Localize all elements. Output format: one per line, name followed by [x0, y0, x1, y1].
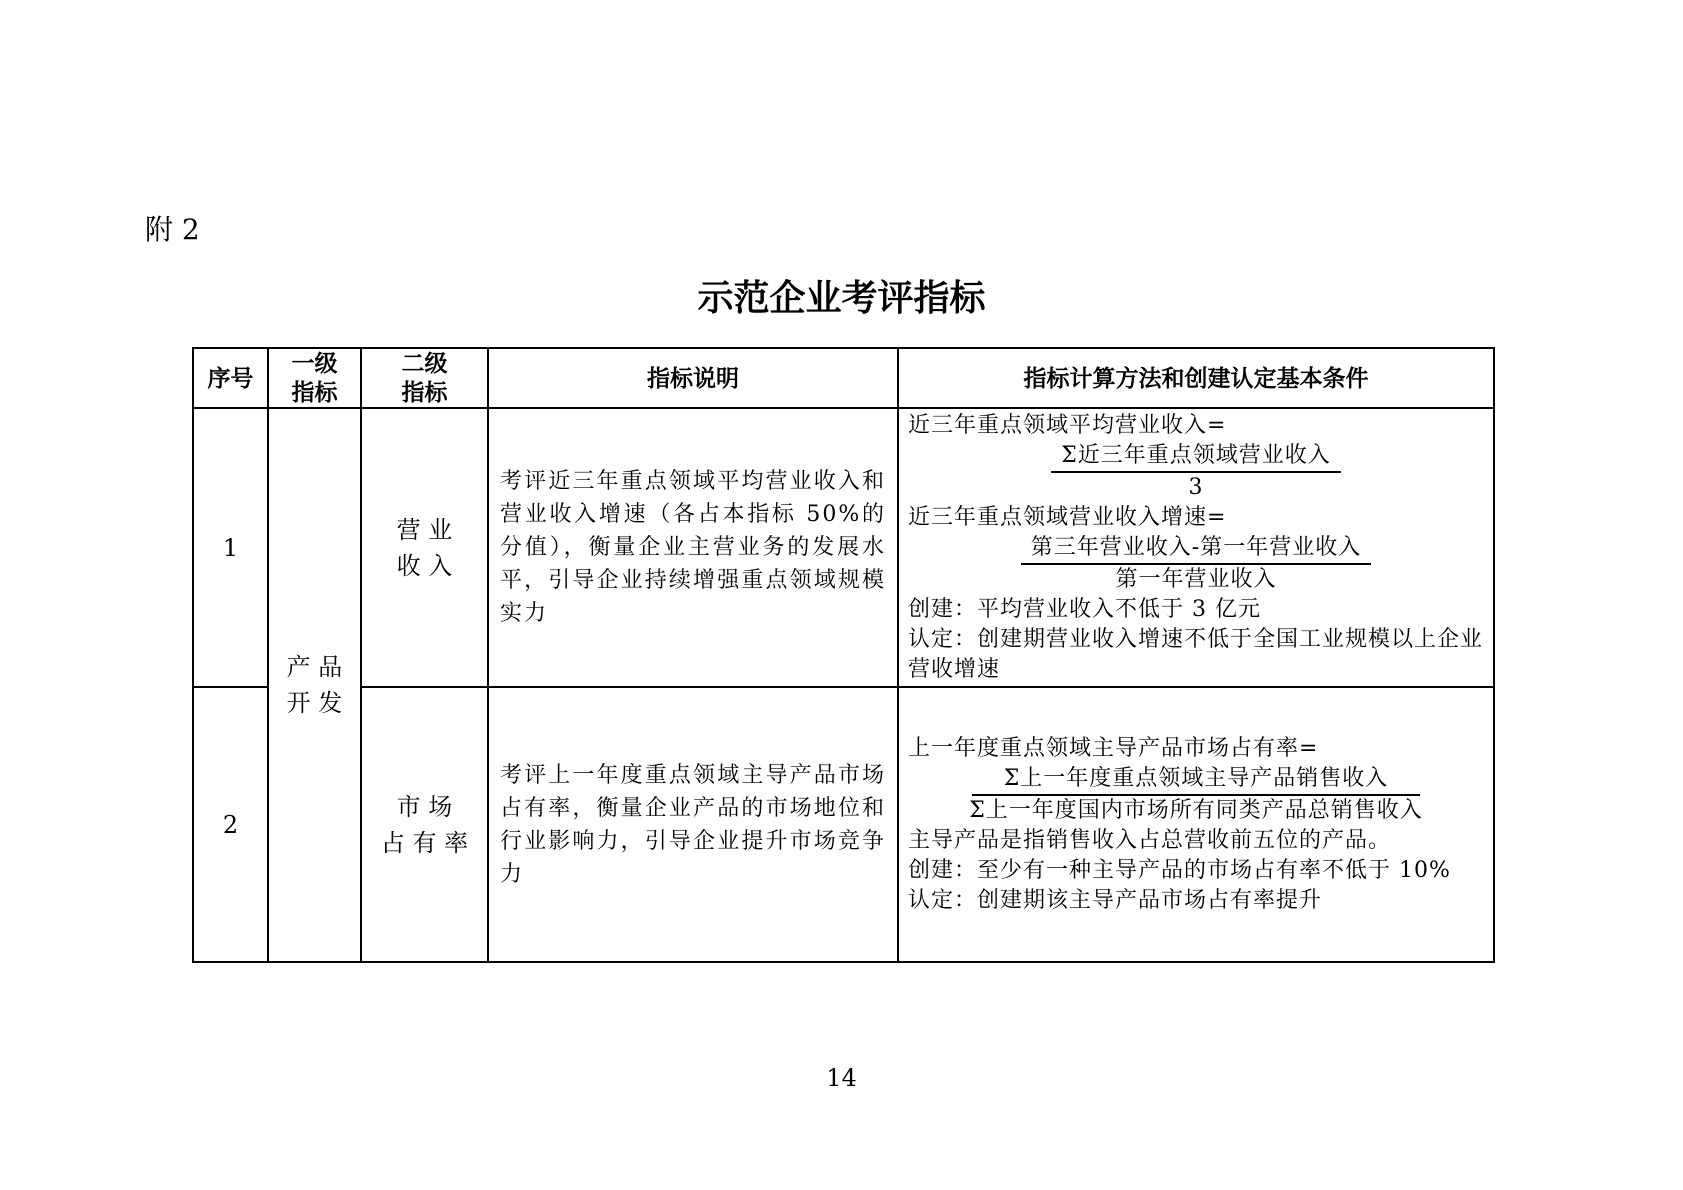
- level2-line1: 营 业: [362, 512, 487, 548]
- level2-line2: 收 入: [362, 548, 487, 584]
- method-cell-1: 近三年重点领域平均营业收入= Σ近三年重点领域营业收入 3 近三年重点领域营业收…: [898, 408, 1494, 687]
- header-level1-line2: 指标: [269, 378, 360, 407]
- method-cell-2: 上一年度重点领域主导产品市场占有率= Σ上一年度重点领域主导产品销售收入 Σ上一…: [898, 687, 1494, 962]
- header-level1: 一级 指标: [268, 348, 361, 408]
- method-create-condition: 创建：至少有一种主导产品的市场占有率不低于 10%: [908, 856, 1484, 886]
- method-create-condition: 创建：平均营业收入不低于 3 亿元: [908, 595, 1484, 625]
- level2-cell-market-share: 市 场 占 有 率: [361, 687, 488, 962]
- formula-denominator: 第一年营业收入: [908, 565, 1484, 595]
- eval-table: 序号 一级 指标 二级 指标 指标说明 指标计算方法和创建认定基本条件 1 产 …: [192, 347, 1495, 963]
- method-note: 主导产品是指销售收入占总营收前五位的产品。: [908, 826, 1484, 856]
- level2-line2: 占 有 率: [362, 825, 487, 861]
- formula-denominator: 3: [908, 473, 1484, 503]
- header-method: 指标计算方法和创建认定基本条件: [898, 348, 1494, 408]
- level1-cell-product-development: 产 品 开 发: [268, 408, 361, 962]
- serial-cell-2: 2: [193, 687, 268, 962]
- table-header-row: 序号 一级 指标 二级 指标 指标说明 指标计算方法和创建认定基本条件: [193, 348, 1494, 408]
- table-row-2: 2 市 场 占 有 率 考评上一年度重点领域主导产品市场占有率，衡量企业产品的市…: [193, 687, 1494, 962]
- header-serial: 序号: [193, 348, 268, 408]
- description-cell-2: 考评上一年度重点领域主导产品市场占有率，衡量企业产品的市场地位和行业影响力，引导…: [488, 687, 898, 962]
- page-title: 示范企业考评指标: [0, 274, 1683, 322]
- header-level2: 二级 指标: [361, 348, 488, 408]
- header-description: 指标说明: [488, 348, 898, 408]
- header-level2-line1: 二级: [362, 349, 487, 378]
- formula-numerator: Σ上一年度重点领域主导产品销售收入: [972, 764, 1421, 796]
- annex-label: 附 2: [145, 212, 200, 248]
- description-cell-1: 考评近三年重点领域平均营业收入和营业收入增速（各占本指标 50%的分值），衡量企…: [488, 408, 898, 687]
- level2-cell-revenue: 营 业 收 入: [361, 408, 488, 687]
- method-line: 上一年度重点领域主导产品市场占有率=: [908, 734, 1484, 764]
- formula-denominator: Σ上一年度国内市场所有同类产品总销售收入: [908, 796, 1484, 826]
- table-row-1: 1 产 品 开 发 营 业 收 入 考评近三年重点领域平均营业收入和营业收入增速…: [193, 408, 1494, 687]
- formula-average-revenue: Σ近三年重点领域营业收入 3: [908, 441, 1484, 503]
- level2-line1: 市 场: [362, 789, 487, 825]
- formula-market-share: Σ上一年度重点领域主导产品销售收入 Σ上一年度国内市场所有同类产品总销售收入: [908, 764, 1484, 826]
- level1-line1: 产 品: [269, 649, 360, 685]
- page-number: 14: [0, 1062, 1683, 1094]
- header-level1-line1: 一级: [269, 349, 360, 378]
- level1-line2: 开 发: [269, 685, 360, 721]
- method-line: 近三年重点领域营业收入增速=: [908, 503, 1484, 533]
- formula-numerator: Σ近三年重点领域营业收入: [1051, 441, 1341, 473]
- method-certify-condition: 认定：创建期该主导产品市场占有率提升: [908, 886, 1484, 916]
- method-line: 近三年重点领域平均营业收入=: [908, 411, 1484, 441]
- serial-cell-1: 1: [193, 408, 268, 687]
- method-certify-condition: 认定：创建期营业收入增速不低于全国工业规模以上企业营收增速: [908, 625, 1484, 685]
- header-level2-line2: 指标: [362, 378, 487, 407]
- formula-revenue-growth: 第三年营业收入-第一年营业收入 第一年营业收入: [908, 533, 1484, 595]
- formula-numerator: 第三年营业收入-第一年营业收入: [1021, 533, 1371, 565]
